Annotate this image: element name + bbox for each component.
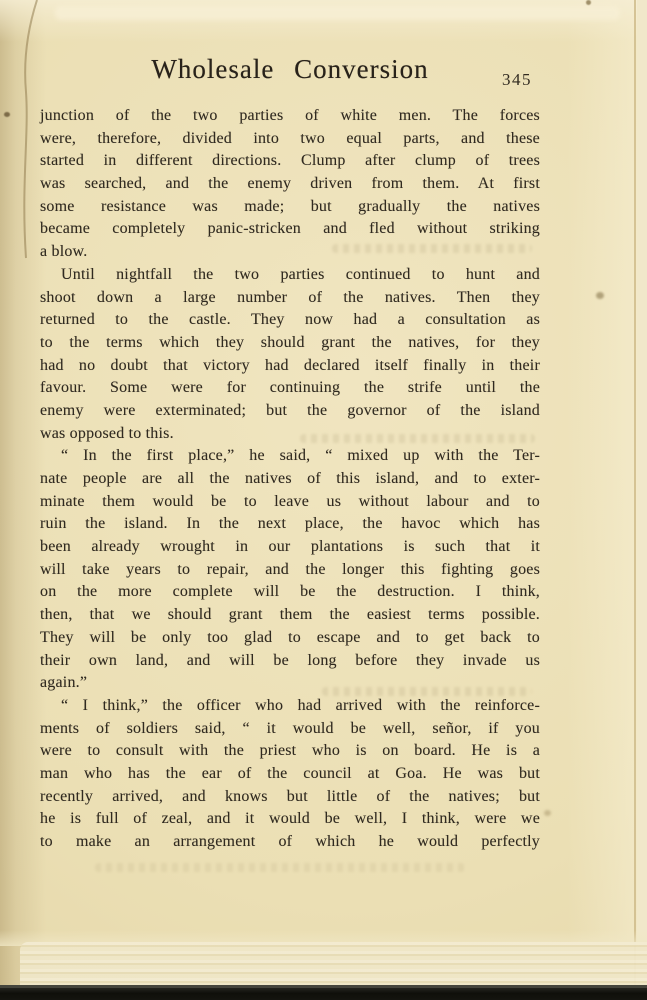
text-line: to the terms which they should grant the… [40, 332, 540, 355]
page-top-edge-highlight [55, 6, 620, 20]
text-line: been already wrought in our plantations … [40, 536, 540, 559]
text-line: was opposed to this. [40, 423, 540, 446]
text-line: had no doubt that victory had declared i… [40, 355, 540, 378]
text-line: became completely panic-stricken and fle… [40, 218, 540, 241]
text-line: will take years to repair, and the longe… [40, 559, 540, 582]
text-line: ments of soldiers said, “ it would be we… [40, 718, 540, 741]
text-line: minate them would be to leave us without… [40, 491, 540, 514]
text-line: a blow. [40, 241, 540, 264]
text-line: was searched, and the enemy driven from … [40, 173, 540, 196]
text-line: ruin the island. In the next place, the … [40, 513, 540, 536]
text-line: their own land, and will be long before … [40, 650, 540, 673]
bleed-through-texture [95, 863, 465, 872]
paper-speck [586, 0, 591, 5]
paragraph: “ In the first place,” he said, “ mixed … [40, 445, 540, 695]
book-page-scan: Wholesale Conversion 345 junction of the… [0, 0, 647, 1000]
scan-background-strip [0, 988, 647, 1000]
text-line: enemy were exterminated; but the governo… [40, 400, 540, 423]
text-line: “ I think,” the officer who had arrived … [40, 695, 540, 718]
paragraph: “ I think,” the officer who had arrived … [40, 695, 540, 854]
text-line: “ In the first place,” he said, “ mixed … [40, 445, 540, 468]
paragraph: Until nightfall the two parties continue… [40, 264, 540, 446]
text-line: Until nightfall the two parties continue… [40, 264, 540, 287]
page-stack-edges [20, 942, 647, 988]
page-number: 345 [502, 70, 542, 90]
text-line: man who has the ear of the council at Go… [40, 763, 540, 786]
text-line: recently arrived, and knows but little o… [40, 786, 540, 809]
text-line: some resistance was made; but gradually … [40, 196, 540, 219]
text-line: returned to the castle. They now had a c… [40, 309, 540, 332]
text-line: favour. Some were for continuing the str… [40, 377, 540, 400]
text-line: started in different directions. Clump a… [40, 150, 540, 173]
paragraph: junction of the two parties of white men… [40, 105, 540, 264]
text-line: he is full of zeal, and it would be well… [40, 808, 540, 831]
paper-speck [4, 112, 10, 117]
page-right-edge-line [634, 0, 636, 988]
page-right-edge [637, 0, 647, 988]
text-line: junction of the two parties of white men… [40, 105, 540, 128]
text-line: then, that we should grant them the easi… [40, 604, 540, 627]
page-text: junction of the two parties of white men… [40, 105, 540, 854]
text-line: They will be only too glad to escape and… [40, 627, 540, 650]
text-line: again.” [40, 672, 540, 695]
paper-speck [544, 810, 551, 816]
text-line: were, therefore, divided into two equal … [40, 128, 540, 151]
text-line: on the more complete will be the destruc… [40, 581, 540, 604]
text-line: to make an arrangement of which he would… [40, 831, 540, 854]
text-line: were to consult with the priest who is o… [40, 740, 540, 763]
text-line: nate people are all the natives of this … [40, 468, 540, 491]
text-line: shoot down a large number of the natives… [40, 287, 540, 310]
paper-speck [596, 292, 604, 299]
page-title: Wholesale Conversion [40, 54, 540, 85]
